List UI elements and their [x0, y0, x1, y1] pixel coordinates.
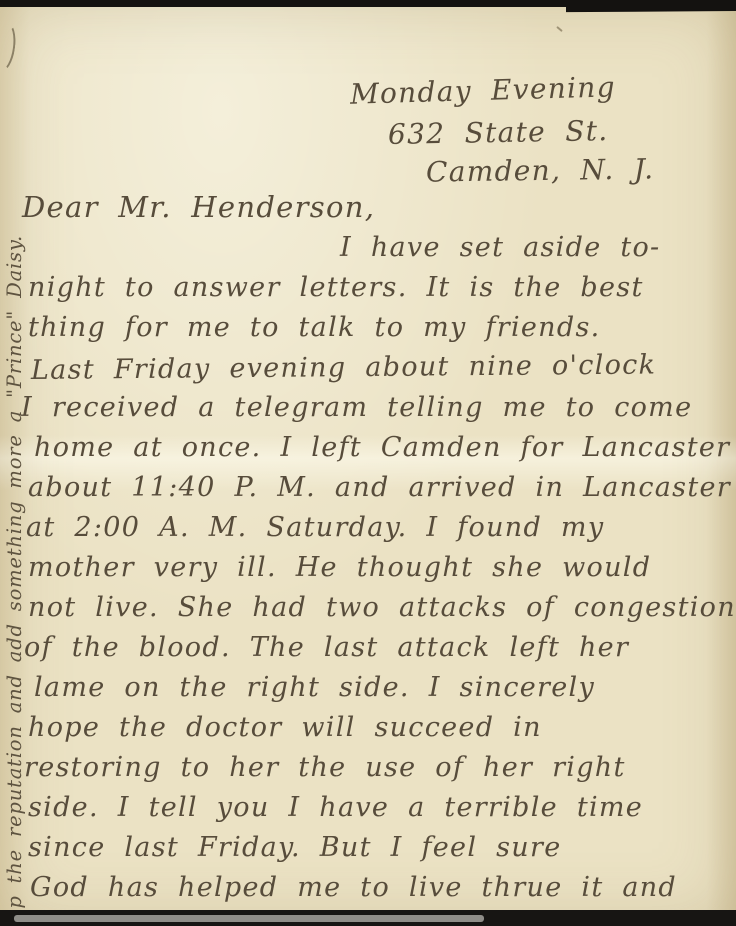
letter-scan: Monday Evening 632 State St. Camden, N. … — [0, 0, 736, 926]
header-street-line: 632 State St. — [388, 114, 609, 151]
body-line: restoring to her the use of her right — [0, 752, 736, 792]
opening-line: I have set aside to- — [340, 232, 660, 263]
body-line: thing for me to talk to my friends. — [0, 312, 736, 352]
scan-edge-bottom-band — [14, 915, 484, 922]
letter-body: night to answer letters. It is the best … — [0, 272, 736, 912]
salutation: Dear Mr. Henderson, — [22, 190, 375, 224]
body-line: mother very ill. He thought she would — [0, 552, 736, 592]
header-date-line: Monday Evening — [350, 70, 617, 110]
body-line: since last Friday. But I feel sure — [0, 832, 736, 872]
body-line: at 2:00 A. M. Saturday. I found my — [0, 512, 736, 552]
header-city-line: Camden, N. J. — [426, 152, 655, 188]
body-line: of the blood. The last attack left her — [0, 632, 736, 672]
body-line: about 11:40 P. M. and arrived in Lancast… — [0, 472, 736, 512]
body-line: night to answer letters. It is the best — [0, 272, 736, 312]
body-line: hope the doctor will succeed in — [0, 712, 736, 752]
body-line: side. I tell you I have a terrible time — [0, 792, 736, 832]
body-line: God has helped me to live thrue it and — [0, 872, 736, 912]
scan-edge-bottom — [0, 910, 736, 926]
scan-edge-top-right — [566, 0, 736, 12]
body-line: not live. She had two attacks of congest… — [0, 592, 736, 632]
body-line: home at once. I left Camden for Lancaste… — [0, 432, 736, 472]
margin-note: up the reputation and add something more… — [3, 22, 26, 922]
body-line: I received a telegram telling me to come — [0, 392, 736, 432]
body-line: Last Friday evening about nine o'clock — [0, 349, 736, 395]
body-line: lame on the right side. I sincerely — [0, 672, 736, 712]
ink-speck — [556, 26, 563, 32]
